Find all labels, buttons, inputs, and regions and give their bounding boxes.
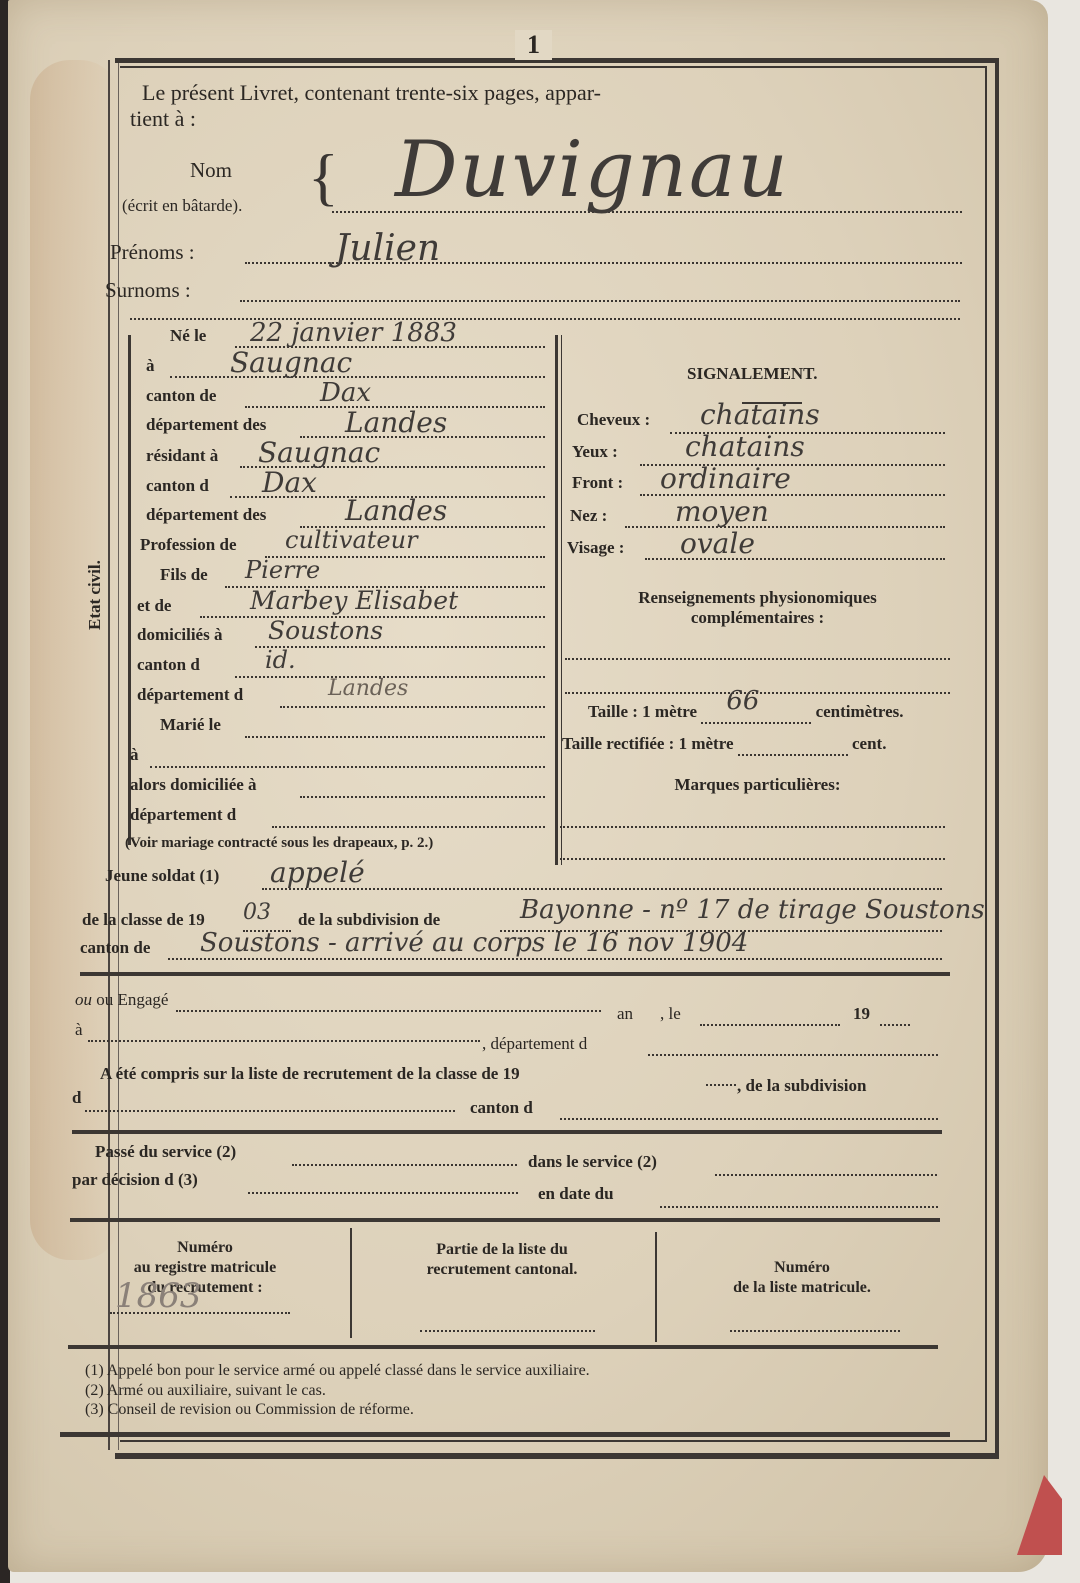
cheveux-value: chatains	[700, 398, 820, 431]
surnoms-line	[240, 300, 960, 302]
intro-line-2: tient à :	[130, 106, 196, 132]
field-label-residant: résidant à	[146, 446, 218, 466]
d-line	[85, 1110, 455, 1112]
yeux-label: Yeux :	[572, 442, 618, 462]
renseignements-title-1: Renseignements physionomiques	[560, 588, 955, 608]
footnote-2: (2) Armé ou auxiliaire, suivant le cas.	[85, 1382, 326, 1400]
compris-canton-line	[560, 1118, 938, 1120]
taille-line: 66	[701, 702, 811, 724]
liste-matricule-header: Numéro de la liste matricule.	[657, 1258, 947, 1298]
section-rule-3	[70, 1218, 940, 1222]
field-label-domicilies: domiciliés à	[137, 625, 222, 645]
field-value-residant: Saugnac	[258, 436, 380, 469]
compris-subdivision-label: , de la subdivision	[737, 1076, 866, 1096]
field-label-canton: canton de	[146, 386, 216, 406]
classe-value: 03	[243, 900, 271, 925]
prenoms-value: Julien	[335, 228, 440, 269]
compris-text: A été compris sur la liste de recrutemen…	[100, 1064, 520, 1084]
section-rule-4	[68, 1345, 938, 1349]
front-value: ordinaire	[660, 462, 791, 495]
field-value-departement: Landes	[345, 406, 447, 439]
yeux-value: chatains	[685, 430, 805, 463]
le-line	[700, 1024, 840, 1026]
field-line	[245, 736, 545, 738]
decision-label: par décision d (3)	[72, 1170, 198, 1190]
cheveux-label: Cheveux :	[577, 410, 650, 430]
decision-line	[248, 1192, 518, 1194]
taille-rectifiee-unit: cent.	[852, 734, 886, 753]
nom-label: Nom	[190, 158, 232, 183]
taille-row: Taille : 1 mètre 66 centimètres.	[588, 702, 904, 724]
bottom-rule	[60, 1432, 950, 1437]
etat-civil-label: Etat civil.	[85, 560, 105, 630]
mariage-note: (Voir mariage contracté sous les drapeau…	[125, 835, 433, 852]
field-value-departement-3: Landes	[328, 676, 408, 701]
footnote-3: (3) Conseil de revision ou Commission de…	[85, 1401, 414, 1419]
compris-classe-line	[706, 1084, 736, 1086]
visage-label: Visage :	[567, 538, 624, 558]
renseignements-title-2: complémentaires :	[560, 608, 955, 628]
surnoms-label: Surnoms :	[105, 278, 191, 303]
passe-line	[292, 1164, 517, 1166]
field-label-marie-a: à	[130, 745, 139, 765]
page-number: 1	[515, 30, 552, 60]
numero-registre-header: Numéro au registre matricule du recrutem…	[70, 1238, 340, 1298]
ou-label: ou	[75, 990, 92, 1009]
nom-value: Duvignau	[395, 125, 790, 215]
renseignements-line-1	[565, 658, 950, 660]
field-value-canton-3: id.	[265, 646, 296, 674]
classe-label: de la classe de 19	[82, 910, 205, 930]
d-label: d	[72, 1088, 81, 1108]
col3-line2: de la liste matricule.	[657, 1278, 947, 1298]
engage-label: ou Engagé	[96, 990, 168, 1009]
field-label-departement: département des	[146, 415, 266, 435]
marques-title: Marques particulières:	[560, 775, 955, 795]
field-value-lieu: Saugnac	[230, 346, 352, 379]
field-line	[625, 526, 945, 528]
col2-line2: recrutement cantonal.	[352, 1260, 652, 1280]
nom-sublabel: (écrit en bâtarde).	[122, 196, 242, 216]
le-label: , le	[660, 1004, 681, 1024]
intro-line-1: Le présent Livret, contenant trente-six …	[142, 80, 601, 106]
brace-icon: {	[308, 140, 339, 214]
field-label-lieu: à	[146, 356, 155, 376]
a-label: à	[75, 1020, 83, 1040]
col2-line	[420, 1330, 595, 1332]
field-value-canton: Dax	[320, 378, 371, 408]
field-value-profession: cultivateur	[285, 526, 418, 554]
marques-line-2	[560, 858, 945, 860]
numero-registre-value: 1863	[115, 1276, 202, 1316]
col1-line1: Numéro	[70, 1238, 340, 1258]
an-label: an	[617, 1004, 633, 1024]
field-label-et-de: et de	[137, 596, 171, 616]
field-value-departement-2: Landes	[345, 494, 447, 527]
field-line	[280, 706, 545, 708]
canton-label: canton de	[80, 938, 150, 958]
field-label-profession: Profession de	[140, 535, 237, 555]
compris-canton-label: canton d	[470, 1098, 533, 1118]
taille-unit: centimètres.	[816, 702, 904, 721]
taille-rectifiee-label: Taille rectifiée : 1 mètre	[562, 734, 734, 753]
col1-line3: du recrutement :	[70, 1278, 340, 1298]
field-label-departement-4: département d	[130, 805, 236, 825]
subdivision-label: de la subdivision de	[298, 910, 440, 930]
engage-line	[176, 1010, 601, 1012]
taille-rectifiee-row: Taille rectifiée : 1 mètre cent.	[562, 734, 886, 756]
field-label-fils-de: Fils de	[160, 565, 208, 585]
nez-value: moyen	[675, 495, 769, 528]
footnote-1: (1) Appelé bon pour le service armé ou a…	[85, 1362, 590, 1380]
col3-line	[730, 1330, 900, 1332]
jeune-soldat-label: Jeune soldat (1)	[105, 866, 219, 886]
year-prefix: 19	[853, 1004, 870, 1024]
field-label-marie-le: Marié le	[160, 715, 221, 735]
jeune-soldat-value: appelé	[270, 856, 365, 889]
nez-label: Nez :	[570, 506, 607, 526]
field-value-fils-de: Pierre	[245, 556, 320, 584]
field-value-et-de: Marbey Elisabet	[250, 586, 458, 615]
field-label-departement-2: département des	[146, 505, 266, 525]
field-value-domicilies: Soustons	[268, 616, 383, 645]
field-line	[150, 766, 545, 768]
dans-line	[715, 1174, 937, 1176]
field-line	[272, 826, 545, 828]
canton-line	[168, 958, 942, 960]
date-label: en date du	[538, 1184, 614, 1204]
subdivision-value: Bayonne - nº 17 de tirage Soustons	[520, 895, 985, 925]
column-divider	[555, 335, 558, 865]
field-label-canton-2: canton d	[146, 476, 209, 496]
field-label-departement-3: département d	[137, 685, 243, 705]
col1-line	[110, 1312, 290, 1314]
field-label-alors-domiciliee: alors domiciliée à	[130, 775, 257, 795]
field-label-ne-le: Né le	[170, 326, 206, 346]
prenoms-label: Prénoms :	[110, 240, 195, 265]
col1-line2: au registre matricule	[70, 1258, 340, 1278]
marques-line-1	[560, 826, 945, 828]
col3-line1: Numéro	[657, 1258, 947, 1278]
dans-label: dans le service (2)	[528, 1152, 657, 1172]
section-rule-1	[80, 972, 950, 976]
field-value-ne-le: 22 janvier 1883	[250, 318, 457, 348]
taille-value: 66	[726, 686, 759, 716]
a-line	[88, 1040, 480, 1042]
signalement-title: SIGNALEMENT.	[687, 364, 818, 384]
field-value-canton-2: Dax	[262, 466, 317, 499]
canton-value: Soustons - arrivé au corps le 16 nov 190…	[200, 928, 748, 958]
partie-liste-header: Partie de la liste du recrutement canton…	[352, 1240, 652, 1280]
field-label-canton-3: canton d	[137, 655, 200, 675]
section-rule-2	[72, 1130, 942, 1134]
passe-label: Passé du service (2)	[95, 1142, 236, 1162]
year-line	[880, 1024, 910, 1026]
departement-line	[648, 1054, 938, 1056]
field-line	[255, 646, 545, 648]
taille-rectifiee-line	[738, 734, 848, 756]
departement-label: , département d	[482, 1034, 587, 1054]
taille-label: Taille : 1 mètre	[588, 702, 697, 721]
front-label: Front :	[572, 473, 623, 493]
etat-civil-bracket	[128, 335, 131, 845]
date-line	[660, 1206, 938, 1208]
visage-value: ovale	[680, 527, 755, 560]
field-line	[300, 796, 545, 798]
col2-line1: Partie de la liste du	[352, 1240, 652, 1260]
